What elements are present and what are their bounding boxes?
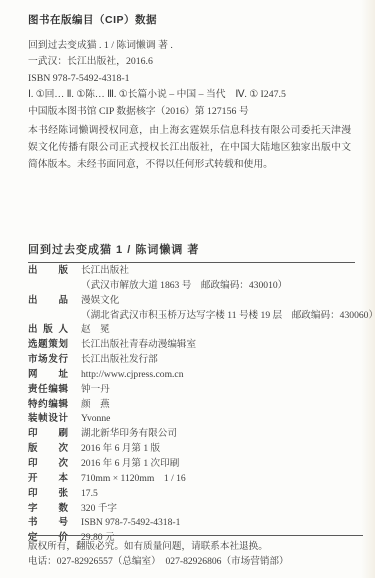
cip-line-record-number: 中国版本图书馆 CIP 数据核字（2016）第 127156 号: [28, 104, 355, 120]
colophon-label: 印张: [28, 485, 68, 499]
colophon-value: 17.5: [81, 488, 98, 499]
colophon-label: 装帧设计: [28, 410, 68, 424]
colophon-row-word-count: 字数 320 千字: [28, 500, 359, 515]
colophon-row-publisher-address: （武汉市解放大道 1863 号 邮政编码：430010）: [28, 277, 359, 292]
colophon-row-publisher: 出版 长江出版社: [28, 262, 359, 277]
colophon-row-distribution: 市场发行 长江出版社发行部: [28, 351, 359, 366]
cip-data-block: 图书在版编目（CIP）数据 回到过去变成猫 . 1 / 陈词懒调 著 . 一武汉…: [28, 12, 355, 120]
colophon-row-edition: 版次 2016 年 6 月第 1 版: [28, 440, 359, 455]
colophon-value: 320 千字: [81, 500, 117, 514]
colophon-row-printing: 印刷 湖北新华印务有限公司: [28, 425, 359, 440]
cip-line-isbn: ISBN 978-7-5492-4318-1: [28, 71, 355, 87]
colophon-row-website: 网址 http://www.cjpress.com.cn: [28, 366, 359, 381]
colophon-row-sheets: 印张 17.5: [28, 485, 359, 500]
contact-phone: 电话：027-82926557（总编室） 027-82926806（市场营销部）: [28, 555, 359, 570]
cip-line-publisher: 一武汉：长江出版社，2016.6: [28, 54, 355, 70]
colophon-label: 出版人: [28, 321, 68, 335]
colophon-label: 选题策划: [28, 336, 68, 350]
colophon-row-contributing-editor: 特约编辑 颜 燕: [28, 396, 359, 411]
colophon-row-producer: 出品 漫娱文化: [28, 292, 359, 307]
colophon-value: 710mm × 1120mm 1 / 16: [81, 470, 186, 484]
colophon-label: 责任编辑: [28, 381, 68, 395]
colophon-value: 钟一丹: [81, 381, 110, 395]
colophon-label: 出品: [28, 292, 68, 306]
colophon-label: 出版: [28, 262, 68, 276]
copyright-page: 图书在版编目（CIP）数据 回到过去变成猫 . 1 / 陈词懒调 著 . 一武汉…: [0, 0, 375, 578]
colophon-value: 漫娱文化: [81, 292, 119, 306]
colophon-label: 网址: [28, 366, 68, 380]
colophon-row-impression: 印次 2016 年 6 月第 1 次印刷: [28, 455, 359, 470]
authorization-paragraph: 本书经陈词懒调授权同意，由上海玄霆娱乐信息科技有限公司委托天津漫娱文化传播有限公…: [28, 122, 351, 173]
colophon-value: 2016 年 6 月第 1 次印刷: [81, 455, 179, 469]
colophon-value: 长江出版社青春动漫编辑室: [81, 336, 196, 350]
copyright-notice: 版权所有，翻版必究。如有质量问题，请联系本社退换。: [28, 540, 359, 555]
colophon-value: （武汉市解放大道 1863 号 邮政编码：430010）: [81, 277, 287, 291]
colophon-value: 2016 年 6 月第 1 版: [81, 440, 160, 454]
colophon-label: 印次: [28, 455, 68, 469]
divider-line: [28, 535, 363, 536]
colophon-value: 赵 冕: [81, 321, 110, 335]
cip-line-title: 回到过去变成猫 . 1 / 陈词懒调 著 .: [28, 38, 355, 54]
colophon-label: 开本: [28, 470, 68, 484]
colophon-row-design: 装帧设计 Yvonne: [28, 410, 359, 425]
colophon-value: 长江出版社发行部: [81, 351, 158, 365]
colophon-row-producer-address: （湖北省武汉市积玉桥万达写字楼 11 号楼 19 层 邮政编码：430060）: [28, 307, 359, 322]
colophon-row-format: 开本 710mm × 1120mm 1 / 16: [28, 470, 359, 485]
colophon-row-isbn: 书号 ISBN 978-7-5492-4318-1: [28, 514, 359, 529]
colophon-value: 湖北新华印务有限公司: [81, 425, 177, 439]
colophon-row-topic-planning: 选题策划 长江出版社青春动漫编辑室: [28, 336, 359, 351]
colophon-value: 颜 燕: [81, 396, 110, 410]
colophon-row-editor: 责任编辑 钟一丹: [28, 381, 359, 396]
cip-header: 图书在版编目（CIP）数据: [28, 12, 355, 27]
colophon-value: ISBN 978-7-5492-4318-1: [81, 517, 180, 528]
colophon-value: （湖北省武汉市积玉桥万达写字楼 11 号楼 19 层 邮政编码：430060）: [81, 307, 375, 321]
footer: 版权所有，翻版必究。如有质量问题，请联系本社退换。 电话：027-8292655…: [28, 540, 359, 569]
website-url: http://www.cjpress.com.cn: [81, 369, 184, 380]
colophon-label: 版次: [28, 440, 68, 454]
colophon-label: 书号: [28, 514, 68, 528]
colophon-value: Yvonne: [81, 413, 110, 424]
book-title-line: 回到过去变成猫 1 / 陈词懒调 著: [28, 241, 355, 263]
colophon-label: 印刷: [28, 425, 68, 439]
colophon-value: 长江出版社: [81, 262, 129, 276]
colophon-row-publisher-person: 出版人 赵 冕: [28, 321, 359, 336]
colophon-label: 特约编辑: [28, 396, 68, 410]
colophon-label: 市场发行: [28, 351, 68, 365]
colophon-table: 出版 长江出版社 （武汉市解放大道 1863 号 邮政编码：430010） 出品…: [28, 262, 359, 544]
colophon-label: 字数: [28, 500, 68, 514]
cip-line-classification: Ⅰ. ①回… Ⅱ. ①陈… Ⅲ. ①长篇小说 – 中国 – 当代 Ⅳ. ① I2…: [28, 87, 355, 103]
